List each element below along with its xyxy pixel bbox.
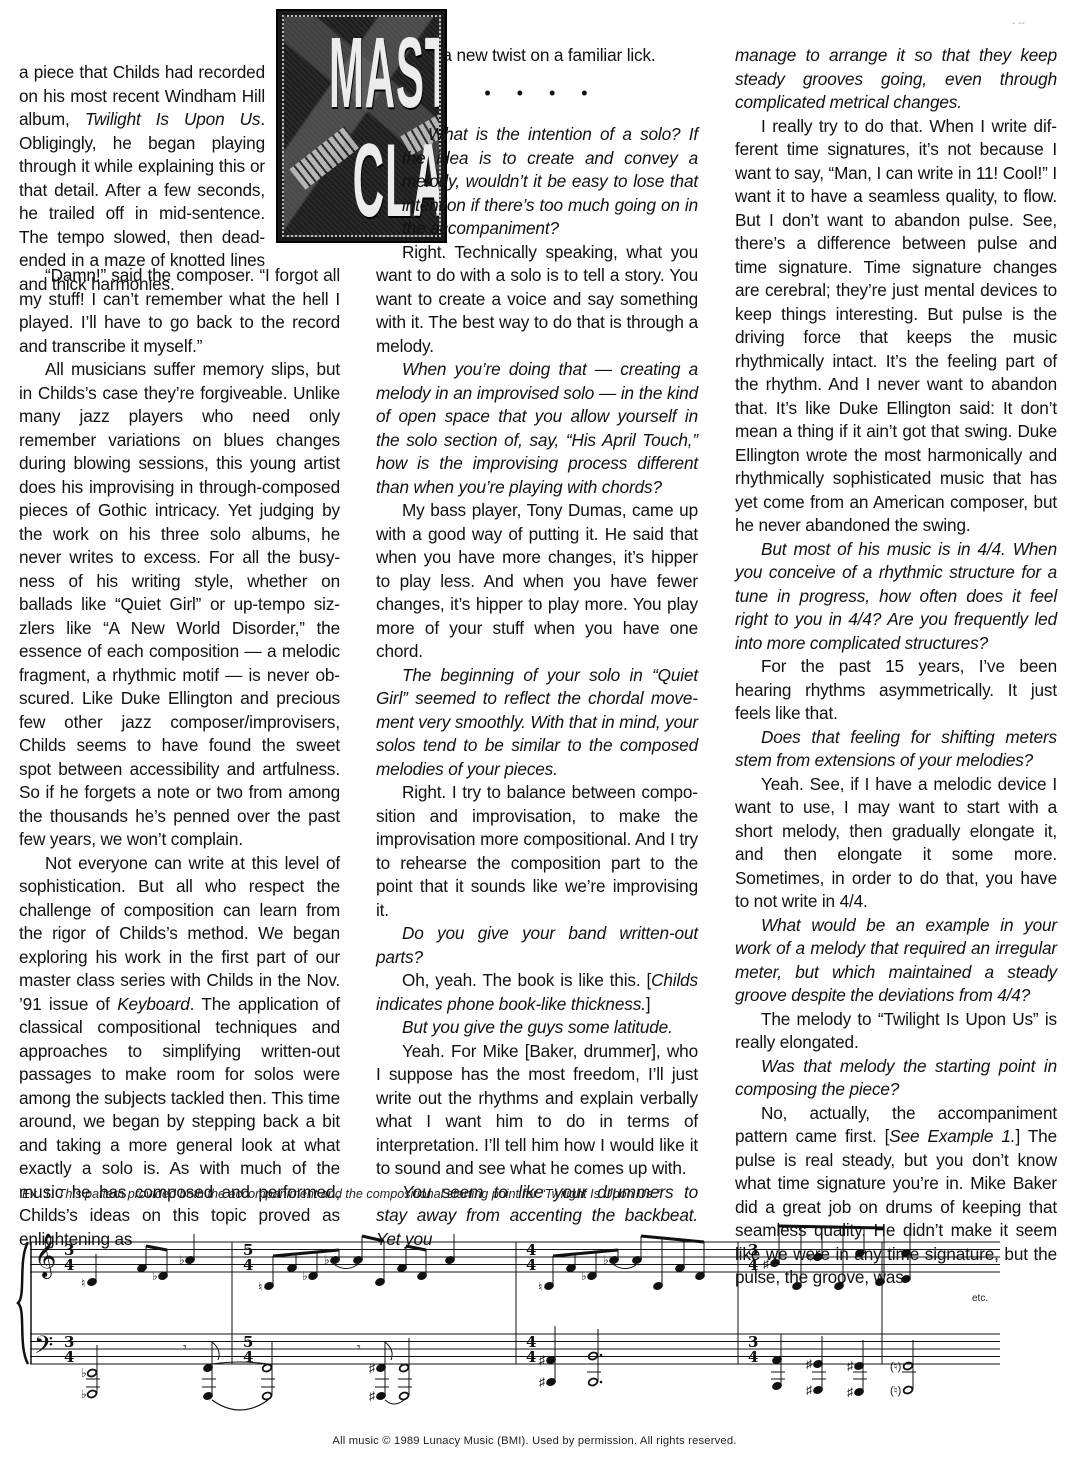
interview-question: Does that feeling for shifting meters st…: [735, 726, 1057, 773]
svg-text:♮: ♮: [81, 1276, 85, 1290]
svg-text:♭: ♭: [603, 1253, 609, 1267]
svg-text:4: 4: [526, 1256, 536, 1274]
svg-text:♯: ♯: [369, 1389, 375, 1403]
svg-text:4: 4: [64, 1256, 74, 1274]
magazine-title: Keyboard: [117, 994, 189, 1014]
svg-text:♮: ♮: [807, 1251, 811, 1265]
svg-text:♭: ♭: [302, 1269, 308, 1283]
section-separator: ••••: [400, 82, 698, 106]
svg-text:4: 4: [748, 1348, 758, 1366]
interview-question: Was that melody the starting point in co…: [735, 1055, 1057, 1102]
svg-text:(♮): (♮): [890, 1361, 901, 1373]
paragraph: a new twist on a familiar lick.: [376, 44, 698, 68]
piano-keys-graphic: [289, 126, 360, 190]
interview-question: But most of his music is in 4/4. When yo…: [735, 538, 1057, 656]
svg-text:♯: ♯: [806, 1383, 812, 1397]
svg-text:♯: ♯: [539, 1375, 545, 1389]
interview-question-continued: manage to arrange it so that they keep s…: [735, 44, 1057, 115]
svg-text:♮: ♮: [538, 1280, 542, 1294]
svg-text:♯: ♯: [763, 1257, 769, 1271]
copyright-notice: All music © 1989 Lunacy Music (BMI). Use…: [0, 1435, 1069, 1447]
interview-question: But you give the guys some latitude.: [376, 1016, 698, 1040]
svg-text:4: 4: [748, 1256, 758, 1274]
scan-mark: ‐ ‐‐: [1012, 18, 1025, 29]
svg-text:♮: ♮: [258, 1280, 262, 1294]
treble-clef-icon: 𝄞: [34, 1233, 56, 1279]
album-title: Twilight Is Upon Us: [85, 109, 261, 129]
svg-text:♯: ♯: [806, 1357, 812, 1371]
svg-text:♯: ♯: [847, 1359, 853, 1373]
column-3: manage to arrange it so that they keep s…: [735, 44, 1057, 1290]
svg-text:4: 4: [243, 1348, 253, 1366]
svg-text:4: 4: [243, 1256, 253, 1274]
example-caption: Ex. 1. This pattern provided both the ac…: [22, 1187, 660, 1201]
interview-answer: For the past 15 years, I’ve been hearing…: [735, 655, 1057, 726]
svg-text:𝄾: 𝄾: [183, 1339, 187, 1355]
interview-answer: Yeah. See, if I have a melodic device I …: [735, 773, 1057, 914]
interview-answer: Right. I try to balance between compo­si…: [376, 781, 698, 922]
brace-icon: [18, 1242, 28, 1364]
svg-text:♯: ♯: [847, 1385, 853, 1399]
svg-text:♭: ♭: [581, 1269, 587, 1283]
interview-question: Do you give your band written-out parts?: [376, 922, 698, 969]
svg-text:♭: ♭: [324, 1253, 330, 1267]
bass-clef-icon: 𝄢: [34, 1331, 53, 1366]
music-score: 𝄞 𝄢 34 34 54 54 44 44 34 34 ♮ ♭ ♭ ♮ ♭ ♭: [0, 1200, 1069, 1420]
paragraph: a piece that Childs had recorded on his …: [19, 61, 265, 296]
svg-text:♭: ♭: [81, 1387, 87, 1401]
interview-answer: Yeah. For Mike [Baker, drummer], who I s…: [376, 1040, 698, 1181]
etc-label: etc.: [972, 1293, 988, 1304]
svg-text:♭: ♭: [179, 1253, 185, 1267]
interview-answer: My bass player, Tony Dumas, came up with…: [376, 499, 698, 664]
interview-question: When you’re doing that — creating a melo…: [376, 358, 698, 499]
svg-text:♭: ♭: [81, 1366, 87, 1380]
interview-answer: I really try to do that. When I write di…: [735, 115, 1057, 538]
interview-question: The beginning of your solo in “Quiet Gir…: [376, 664, 698, 782]
svg-text:♯: ♯: [539, 1353, 545, 1367]
interview-answer: Right. Technically speaking, what you wa…: [376, 241, 698, 359]
interview-answer: The melody to “Twilight Is Upon Us” is r…: [735, 1008, 1057, 1055]
column-2: a new twist on a familiar lick. •••• Wha…: [376, 44, 698, 1251]
svg-text:𝄾: 𝄾: [357, 1339, 361, 1355]
svg-text:4: 4: [526, 1348, 536, 1366]
paragraph: All musicians suffer memory slips, but i…: [19, 358, 340, 852]
interview-answer: Oh, yeah. The book is like this. [Childs…: [376, 969, 698, 1016]
svg-text:(♮): (♮): [890, 1385, 901, 1397]
svg-text:4: 4: [64, 1348, 74, 1366]
interview-question: What is the intention of a solo? If the …: [376, 123, 698, 241]
interview-question: What would be an example in your work of…: [735, 914, 1057, 1008]
column-1: “Damn!” said the composer. “I forgot all…: [19, 264, 340, 1251]
svg-text:♯: ♯: [369, 1361, 375, 1375]
paragraph: “Damn!” said the composer. “I forgot all…: [19, 264, 340, 358]
svg-text:♭: ♭: [152, 1269, 158, 1283]
